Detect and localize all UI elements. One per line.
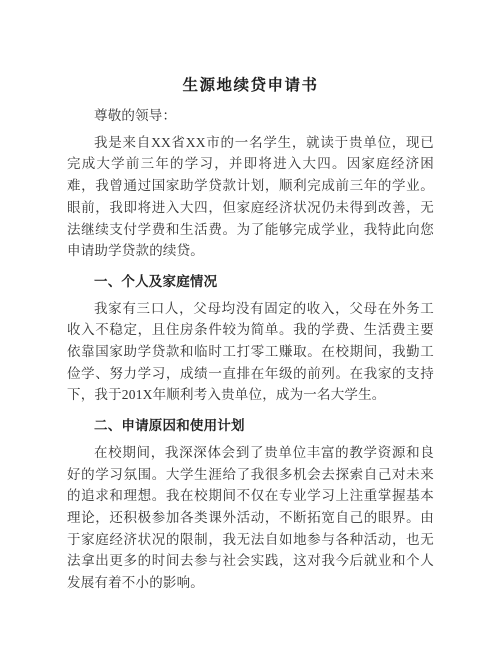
paragraph-intro: 我是来自XX省XX市的一名学生，就读于贵单位，现已完成大学前三年的学习，并即将进… [67, 132, 434, 262]
document-title: 生源地续贷申请书 [67, 75, 434, 97]
salutation: 尊敬的领导： [67, 105, 434, 127]
section-heading-1: 一、个人及家庭情况 [67, 271, 434, 293]
document-page: 生源地续贷申请书 尊敬的领导： 我是来自XX省XX市的一名学生，就读于贵单位，现… [0, 0, 500, 647]
section-heading-2: 二、申请原因和使用计划 [67, 415, 434, 437]
paragraph-application-reason: 在校期间，我深深体会到了贵单位丰富的教学资源和良好的学习氛围。大学生涯给了我很多… [67, 442, 434, 594]
paragraph-family-situation: 我家有三口人，父母均没有固定的收入，父母在外务工收入不稳定，且住房条件较为简单。… [67, 298, 434, 407]
